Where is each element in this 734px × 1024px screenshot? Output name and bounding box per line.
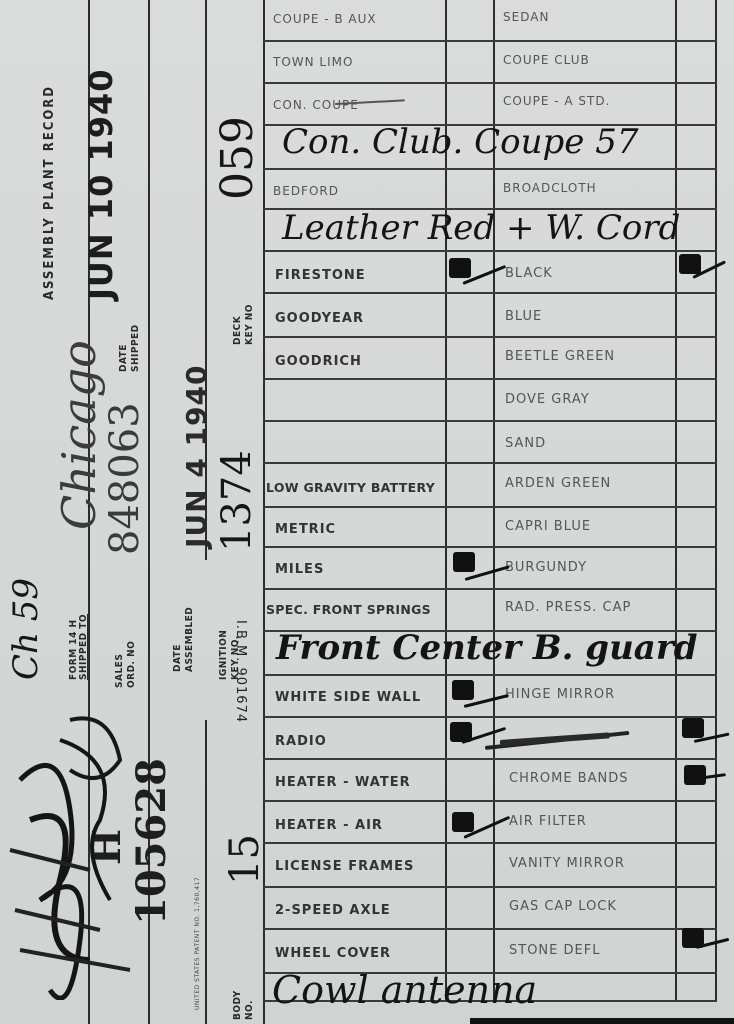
option-goodyear: GOODYEAR xyxy=(275,311,364,326)
option-sedan: SEDAN xyxy=(503,10,549,24)
row-rule xyxy=(263,758,717,760)
row-rule xyxy=(263,82,717,84)
option-burgundy: BURGUNDY xyxy=(505,560,587,575)
check-mark-white-side-wall xyxy=(452,680,474,700)
option-rad-press-cap: RAD. PRESS. CAP xyxy=(505,600,631,615)
handwritten-cowl-antenna: Cowl antenna xyxy=(272,968,537,1012)
check-mark-miles xyxy=(453,552,475,572)
row-rule xyxy=(263,588,717,590)
ibm-number: I.B.M. 901674 xyxy=(233,620,248,723)
option-gas-cap-lock: GAS CAP LOCK xyxy=(509,899,617,914)
option-coupe-club: COUPE CLUB xyxy=(503,53,590,67)
body-no-value: 15 xyxy=(222,834,268,885)
date-shipped-label: DATE SHIPPED xyxy=(118,302,142,372)
option-bedford: BEDFORD xyxy=(273,184,339,198)
option-coupe-b-aux: COUPE - B AUX xyxy=(273,12,377,26)
option-heater-air: HEATER - AIR xyxy=(275,818,383,833)
date-shipped-value: JUN 10 1940 xyxy=(82,68,120,300)
option-blue: BLUE xyxy=(505,309,542,324)
option-goodrich: GOODRICH xyxy=(275,354,362,369)
option-heater-water: HEATER - WATER xyxy=(275,775,411,790)
option-miles: MILES xyxy=(275,562,324,577)
option-stone-defl: STONE DEFL xyxy=(509,943,600,958)
option-con-coupe: CON. COUPE xyxy=(273,98,359,112)
shipped-to-label: SHIPPED TO xyxy=(78,614,90,680)
sales-ord-value: 848063 xyxy=(102,402,148,555)
rule-table-right xyxy=(715,0,717,1000)
row-rule xyxy=(263,40,717,42)
deck-key-value: 059 xyxy=(212,116,263,200)
handwritten-bumper-guard: Front Center B. guard xyxy=(276,628,698,668)
row-rule xyxy=(263,462,717,464)
handwritten-upholstery: Leather Red + W. Cord xyxy=(282,208,680,248)
date-assembled-value: JUN 4 1940 xyxy=(180,365,213,549)
option-wheel-cover: WHEEL COVER xyxy=(275,946,391,961)
option-chrome-bands: CHROME BANDS xyxy=(509,771,628,786)
check-mark-heater-air xyxy=(452,812,474,832)
date-assembled-label: DATE ASSEMBLED xyxy=(172,592,196,672)
option-black: BLACK xyxy=(505,266,553,281)
row-rule xyxy=(263,842,717,844)
option-2-speed-axle: 2-SPEED AXLE xyxy=(275,903,391,918)
margin-note: Ch 59 xyxy=(6,578,46,680)
row-rule xyxy=(263,506,717,508)
option-capri-blue: CAPRI BLUE xyxy=(505,519,591,534)
row-rule xyxy=(263,546,717,548)
row-rule xyxy=(263,886,717,888)
signature-scribble xyxy=(0,700,150,1000)
assembly-plant-record-card: ASSEMBLY PLANT RECORD FORM 14 H SHIPPED … xyxy=(0,0,734,1024)
row-rule xyxy=(263,292,717,294)
row-rule xyxy=(263,378,717,380)
option-firestone: FIRESTONE xyxy=(275,268,366,283)
option-broadcloth: BROADCLOTH xyxy=(503,181,597,195)
option-radio: RADIO xyxy=(275,734,327,749)
body-no-label: BODY NO. xyxy=(232,984,256,1020)
option-license-frames: LICENSE FRAMES xyxy=(275,859,414,874)
row-rule xyxy=(263,716,717,718)
option-spec-front-springs: SPEC. FRONT SPRINGS xyxy=(266,602,431,617)
option-dove-gray: DOVE GRAY xyxy=(505,392,590,407)
option-town-limo: TOWN LIMO xyxy=(273,55,353,69)
row-rule xyxy=(263,420,717,422)
record-title: ASSEMBLY PLANT RECORD xyxy=(44,85,56,300)
ignition-key-value: 1374 xyxy=(214,450,260,552)
patent-text: UNITED STATES PATENT NO. 1,760,417 xyxy=(194,877,201,1010)
option-coupe-a-std: COUPE - A STD. xyxy=(503,94,610,108)
check-mark-black xyxy=(679,254,701,274)
row-rule xyxy=(263,928,717,930)
shipped-to-value: Chicago xyxy=(52,340,106,530)
rule-col-check-right xyxy=(675,0,677,1000)
row-rule xyxy=(263,336,717,338)
option-arden-green: ARDEN GREEN xyxy=(505,476,611,491)
rule-left-3b xyxy=(205,720,207,1024)
deck-key-label: DECK KEY NO xyxy=(232,301,256,345)
check-mark-right-row-17 xyxy=(682,718,704,738)
option-sand: SAND xyxy=(505,436,546,451)
sales-ord-label: SALES ORD. NO xyxy=(114,628,138,688)
check-mark-firestone xyxy=(449,258,471,278)
handwritten-body-style: Con. Club. Coupe 57 xyxy=(282,122,639,162)
option-vanity-mirror: VANITY MIRROR xyxy=(509,856,625,871)
option-hinge-mirror: HINGE MIRROR xyxy=(505,687,615,702)
row-rule xyxy=(263,800,717,802)
option-beetle-green: BEETLE GREEN xyxy=(505,349,615,364)
row-rule xyxy=(263,168,717,170)
option-metric: METRIC xyxy=(275,522,336,537)
row-rule xyxy=(263,674,717,676)
check-mark-chrome-bands xyxy=(684,765,706,785)
row-rule xyxy=(263,250,717,252)
strikeout-right-row-17b xyxy=(500,732,610,746)
option-white-side-wall: WHITE SIDE WALL xyxy=(275,690,421,705)
option-air-filter: AIR FILTER xyxy=(509,814,587,829)
option-low-gravity-battery: LOW GRAVITY BATTERY xyxy=(266,480,435,495)
card-bottom-edge xyxy=(470,1018,734,1024)
